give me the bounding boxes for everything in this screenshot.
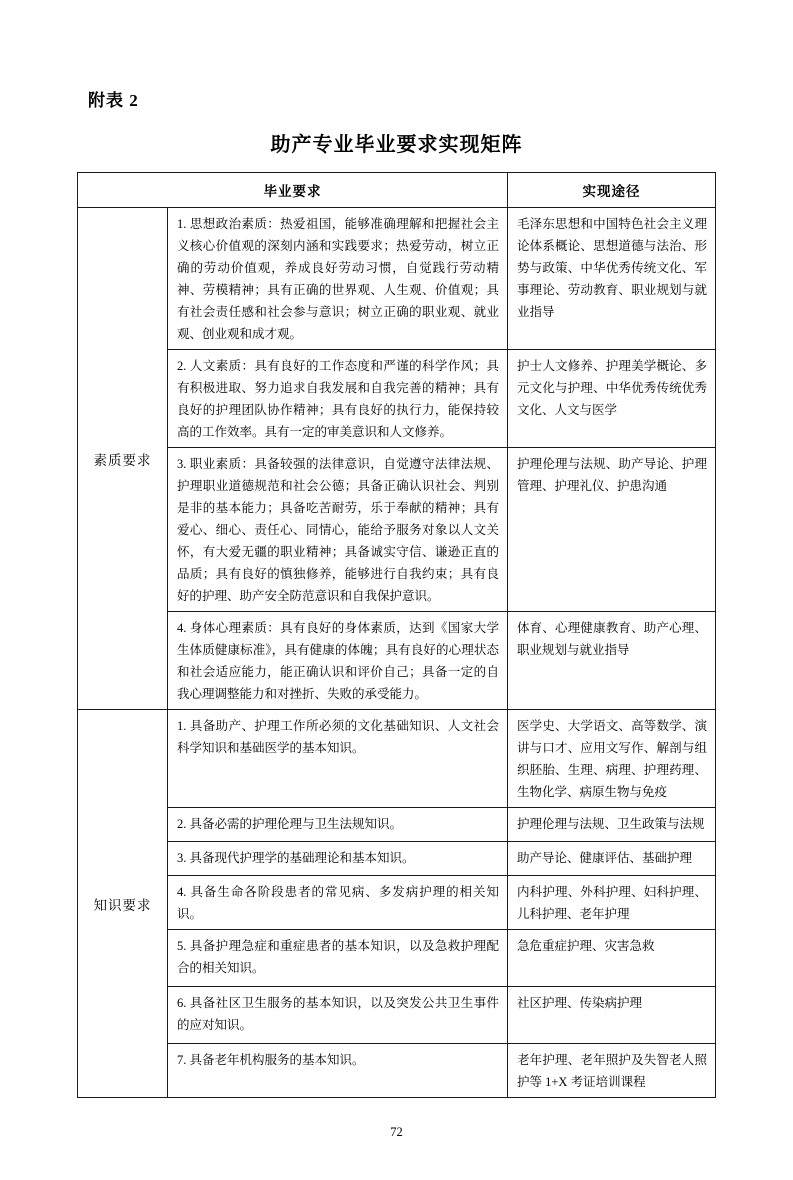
table-row: 6. 具备社区卫生服务的基本知识，以及突发公共卫生事件的应对知识。 社区护理、传…: [78, 987, 716, 1044]
section-label-knowledge-requirements: 知识要求: [78, 710, 168, 1098]
table-row: 3. 具备现代护理学的基础理论和基本知识。 助产导论、健康评估、基础护理: [78, 842, 716, 876]
knowledge-path-1-cell: 医学史、大学语文、高等数学、演讲与口才、应用文写作、解剖与组织胚胎、生理、病理、…: [508, 710, 716, 808]
page-number: 72: [0, 1125, 793, 1180]
quality-path-3-cell: 护理伦理与法规、助产导论、护理管理、护理礼仪、护患沟通: [508, 448, 716, 612]
knowledge-requirement-6-cell: 6. 具备社区卫生服务的基本知识，以及突发公共卫生事件的应对知识。: [168, 987, 508, 1044]
knowledge-path-6-cell: 社区护理、传染病护理: [508, 987, 716, 1044]
table-row: 4. 身体心理素质：具有良好的身体素质，达到《国家大学生体质健康标准》，具有健康…: [78, 612, 716, 710]
page-title: 助产专业毕业要求实现矩阵: [0, 128, 793, 157]
quality-requirement-2-cell: 2. 人文素质：具有良好的工作态度和严谨的科学作风；具有积极进取、努力追求自我发…: [168, 350, 508, 448]
table-row: 素质要求 1. 思想政治素质：热爱祖国，能够准确理解和把握社会主义核心价值观的深…: [78, 208, 716, 350]
knowledge-requirement-1-cell: 1. 具备助产、护理工作所必须的文化基础知识、人文社会科学知识和基础医学的基本知…: [168, 710, 508, 808]
requirements-matrix-table: 毕业要求 实现途径 素质要求 1. 思想政治素质：热爱祖国，能够准确理解和把握社…: [77, 172, 716, 1098]
document-page: 附表 2 助产专业毕业要求实现矩阵 毕业要求 实现途径 素质要求 1. 思想政治…: [0, 0, 793, 1180]
knowledge-path-7-cell: 老年护理、老年照护及失智老人照护等 1+X 考证培训课程: [508, 1044, 716, 1098]
table-row: 7. 具备老年机构服务的基本知识。 老年护理、老年照护及失智老人照护等 1+X …: [78, 1044, 716, 1098]
knowledge-path-4-cell: 内科护理、外科护理、妇科护理、儿科护理、老年护理: [508, 876, 716, 930]
knowledge-path-3-cell: 助产导论、健康评估、基础护理: [508, 842, 716, 876]
quality-path-1-cell: 毛泽东思想和中国特色社会主义理论体系概论、思想道德与法治、形势与政策、中华优秀传…: [508, 208, 716, 350]
column-header-graduation-requirements: 毕业要求: [78, 173, 508, 208]
quality-requirement-3-cell: 3. 职业素质：具备较强的法律意识，自觉遵守法律法规、护理职业道德规范和社会公德…: [168, 448, 508, 612]
knowledge-requirement-5-cell: 5. 具备护理急症和重症患者的基本知识，以及急救护理配合的相关知识。: [168, 930, 508, 987]
table-row: 5. 具备护理急症和重症患者的基本知识，以及急救护理配合的相关知识。 急危重症护…: [78, 930, 716, 987]
quality-requirement-4-cell: 4. 身体心理素质：具有良好的身体素质，达到《国家大学生体质健康标准》，具有健康…: [168, 612, 508, 710]
appendix-label: 附表 2: [88, 86, 793, 111]
knowledge-requirement-2-cell: 2. 具备必需的护理伦理与卫生法规知识。: [168, 808, 508, 842]
column-header-implementation-path: 实现途径: [508, 173, 716, 208]
quality-path-2-cell: 护士人文修养、护理美学概论、多元文化与护理、中华优秀传统优秀文化、人文与医学: [508, 350, 716, 448]
quality-requirement-1-cell: 1. 思想政治素质：热爱祖国，能够准确理解和把握社会主义核心价值观的深刻内涵和实…: [168, 208, 508, 350]
table-row: 知识要求 1. 具备助产、护理工作所必须的文化基础知识、人文社会科学知识和基础医…: [78, 710, 716, 808]
knowledge-requirement-7-cell: 7. 具备老年机构服务的基本知识。: [168, 1044, 508, 1098]
knowledge-path-5-cell: 急危重症护理、灾害急救: [508, 930, 716, 987]
table-row: 3. 职业素质：具备较强的法律意识，自觉遵守法律法规、护理职业道德规范和社会公德…: [78, 448, 716, 612]
table-row: 2. 具备必需的护理伦理与卫生法规知识。 护理伦理与法规、卫生政策与法规: [78, 808, 716, 842]
knowledge-requirement-4-cell: 4. 具备生命各阶段患者的常见病、多发病护理的相关知识。: [168, 876, 508, 930]
table-row: 4. 具备生命各阶段患者的常见病、多发病护理的相关知识。 内科护理、外科护理、妇…: [78, 876, 716, 930]
section-label-quality-requirements: 素质要求: [78, 208, 168, 710]
quality-path-4-cell: 体育、心理健康教育、助产心理、职业规划与就业指导: [508, 612, 716, 710]
knowledge-path-2-cell: 护理伦理与法规、卫生政策与法规: [508, 808, 716, 842]
table-row: 2. 人文素质：具有良好的工作态度和严谨的科学作风；具有积极进取、努力追求自我发…: [78, 350, 716, 448]
table-header-row: 毕业要求 实现途径: [78, 173, 716, 208]
knowledge-requirement-3-cell: 3. 具备现代护理学的基础理论和基本知识。: [168, 842, 508, 876]
